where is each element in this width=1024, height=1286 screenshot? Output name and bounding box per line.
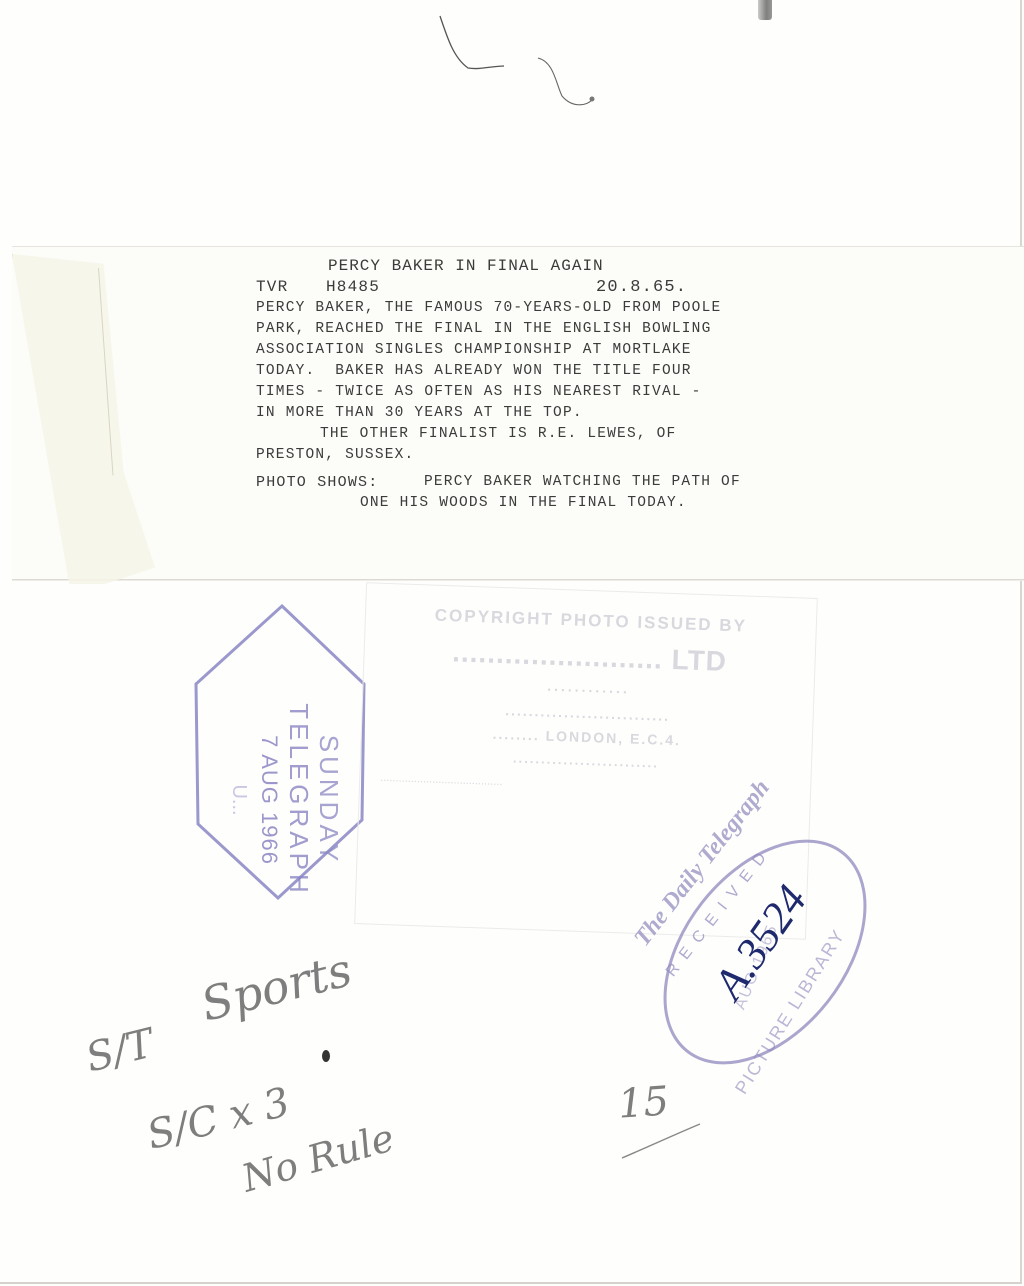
ink-blot bbox=[322, 1050, 330, 1062]
caption-body-line: THE OTHER FINALIST IS R.E. LEWES, OF bbox=[256, 424, 876, 445]
sunday-telegraph-stamp: SUNDAY TELEGRAPH 7 AUG 1966 U... bbox=[224, 700, 344, 900]
handwritten-note: S/C x 3 bbox=[143, 1079, 295, 1159]
caption-body-line: TODAY. BAKER HAS ALREADY WON THE TITLE F… bbox=[256, 361, 876, 382]
photo-shows-label: PHOTO SHOWS: bbox=[256, 472, 424, 493]
photo-reference: H8485 bbox=[326, 277, 596, 298]
caption-reference-row: TVR H8485 20.8.65. bbox=[256, 277, 876, 298]
photo-shows-row: PHOTO SHOWS: PERCY BAKER WATCHING THE PA… bbox=[256, 466, 876, 493]
caption-body-line: ASSOCIATION SINGLES CHAMPIONSHIP AT MORT… bbox=[256, 340, 876, 361]
photo-back-sheet: PERCY BAKER IN FINAL AGAIN TVR H8485 20.… bbox=[0, 0, 1022, 1284]
stamp-line: TELEGRAPH bbox=[284, 700, 314, 900]
stamp-date: 7 AUG 1966 bbox=[254, 700, 284, 900]
caption-body-line: PARK, REACHED THE FINAL IN THE ENGLISH B… bbox=[256, 319, 876, 340]
typed-caption: PERCY BAKER IN FINAL AGAIN TVR H8485 20.… bbox=[256, 256, 876, 514]
stamp-line: SUNDAY bbox=[314, 700, 344, 900]
stamp-line: COPYRIGHT PHOTO ISSUED BY bbox=[366, 603, 816, 639]
caption-body-line: PERCY BAKER, THE FAMOUS 70-YEARS-OLD FRO… bbox=[256, 298, 876, 319]
agency-code: TVR bbox=[256, 277, 326, 298]
caption-headline: PERCY BAKER IN FINAL AGAIN bbox=[256, 256, 876, 277]
photo-shows-line: ONE HIS WOODS IN THE FINAL TODAY. bbox=[256, 493, 876, 514]
caption-body-line: TIMES - TWICE AS OFTEN AS HIS NEAREST RI… bbox=[256, 382, 876, 403]
handwritten-note: Sports bbox=[196, 942, 357, 1031]
pencil-arrow-mark bbox=[616, 1120, 706, 1160]
caption-body-line: PRESTON, SUSSEX. bbox=[256, 445, 876, 466]
caption-date: 20.8.65. bbox=[596, 277, 687, 298]
caption-body-line: IN MORE THAN 30 YEARS AT THE TOP. bbox=[256, 403, 876, 424]
handwritten-note: S/T bbox=[81, 1021, 158, 1082]
photo-shows-line: PERCY BAKER WATCHING THE PATH OF bbox=[424, 466, 741, 493]
pen-scribble bbox=[420, 0, 800, 120]
ink-mark bbox=[758, 0, 772, 20]
stamp-line: U... bbox=[224, 700, 254, 900]
